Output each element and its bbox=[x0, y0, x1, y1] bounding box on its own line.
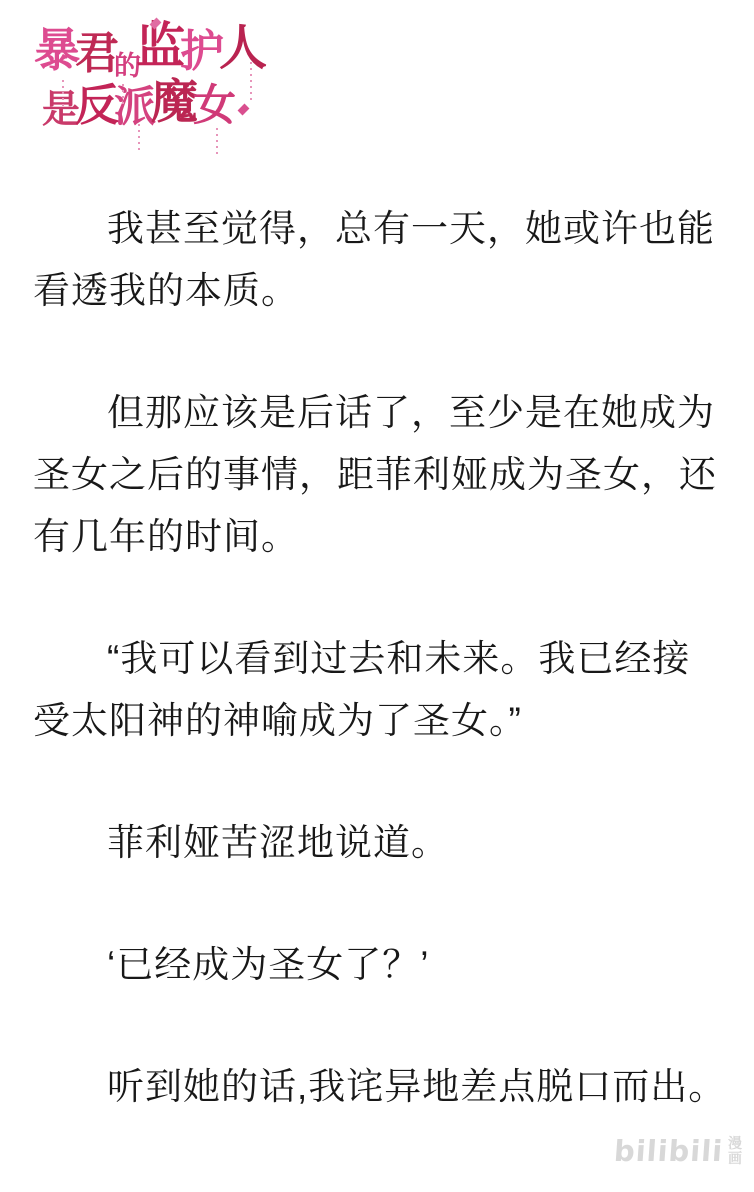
paragraph: 我甚至觉得，总有一天，她或许也能看透我的本质。 bbox=[33, 198, 724, 322]
dotted-chain-decoration bbox=[250, 62, 252, 102]
novel-text-line: “我可以看到过去和未来。我已经接 bbox=[33, 628, 724, 690]
paragraph: 听到她的话,我诧异地差点脱口而出。 bbox=[33, 1056, 724, 1118]
watermark-manhua-char-top: 漫 bbox=[728, 1136, 742, 1151]
novel-text-line: 我甚至觉得，总有一天，她或许也能 bbox=[33, 198, 724, 260]
logo-character: 监 bbox=[136, 21, 185, 70]
series-title-line1: 暴君的监护人 bbox=[34, 18, 262, 68]
paragraph: 但那应该是后话了，至少是在她成为圣女之后的事情，距菲利娅成为圣女，还有几年的时间… bbox=[33, 382, 724, 568]
bilibili-logo: bilibili bbox=[613, 1137, 724, 1166]
logo-character: 护 bbox=[180, 30, 224, 74]
watermark-manhua-label: 漫 画 bbox=[728, 1136, 742, 1166]
novel-text: 我甚至觉得，总有一天，她或许也能看透我的本质。但那应该是后话了，至少是在她成为圣… bbox=[33, 198, 724, 1118]
watermark-manhua-char-bottom: 画 bbox=[728, 1151, 742, 1166]
dotted-chain-decoration bbox=[122, 84, 124, 104]
novel-text-line: 有几年的时间。 bbox=[33, 506, 724, 568]
series-logo: 暴君的监护人 是反派魔女 bbox=[34, 18, 262, 127]
novel-text-line: 看透我的本质。 bbox=[33, 260, 724, 322]
novel-text-line: ‘已经成为圣女了？’ bbox=[33, 934, 724, 996]
dotted-chain-decoration bbox=[138, 124, 140, 154]
paragraph: 菲利娅苦涩地说道。 bbox=[33, 812, 724, 874]
novel-text-line: 受太阳神的神喻成为了圣女。” bbox=[33, 690, 724, 752]
bilibili-watermark: bilibili 漫 画 bbox=[614, 1136, 742, 1166]
logo-character: 反 bbox=[75, 84, 119, 128]
logo-character: 人 bbox=[219, 25, 267, 73]
dotted-chain-decoration bbox=[216, 128, 218, 154]
logo-character: 派 bbox=[114, 87, 156, 129]
dotted-chain-decoration bbox=[62, 80, 64, 106]
logo-character: 暴 bbox=[34, 28, 80, 74]
logo-character: 君 bbox=[75, 32, 119, 76]
series-title-line2: 是反派魔女 bbox=[42, 80, 262, 127]
logo-character: 女 bbox=[193, 85, 236, 128]
novel-text-line: 菲利娅苦涩地说道。 bbox=[33, 812, 724, 874]
novel-text-line: 圣女之后的事情，距菲利娅成为圣女，还 bbox=[33, 444, 724, 506]
novel-text-line: 听到她的话,我诧异地差点脱口而出。 bbox=[33, 1056, 724, 1118]
paragraph: “我可以看到过去和未来。我已经接受太阳神的神喻成为了圣女。” bbox=[33, 628, 724, 752]
paragraph: ‘已经成为圣女了？’ bbox=[33, 934, 724, 996]
novel-text-line: 但那应该是后话了，至少是在她成为 bbox=[33, 382, 724, 444]
logo-character: 魔 bbox=[151, 80, 198, 127]
novel-reader-page: 暴君的监护人 是反派魔女 我甚至觉得，总有一天，她或许也能看透我的本质。但那应该… bbox=[0, 0, 754, 1192]
